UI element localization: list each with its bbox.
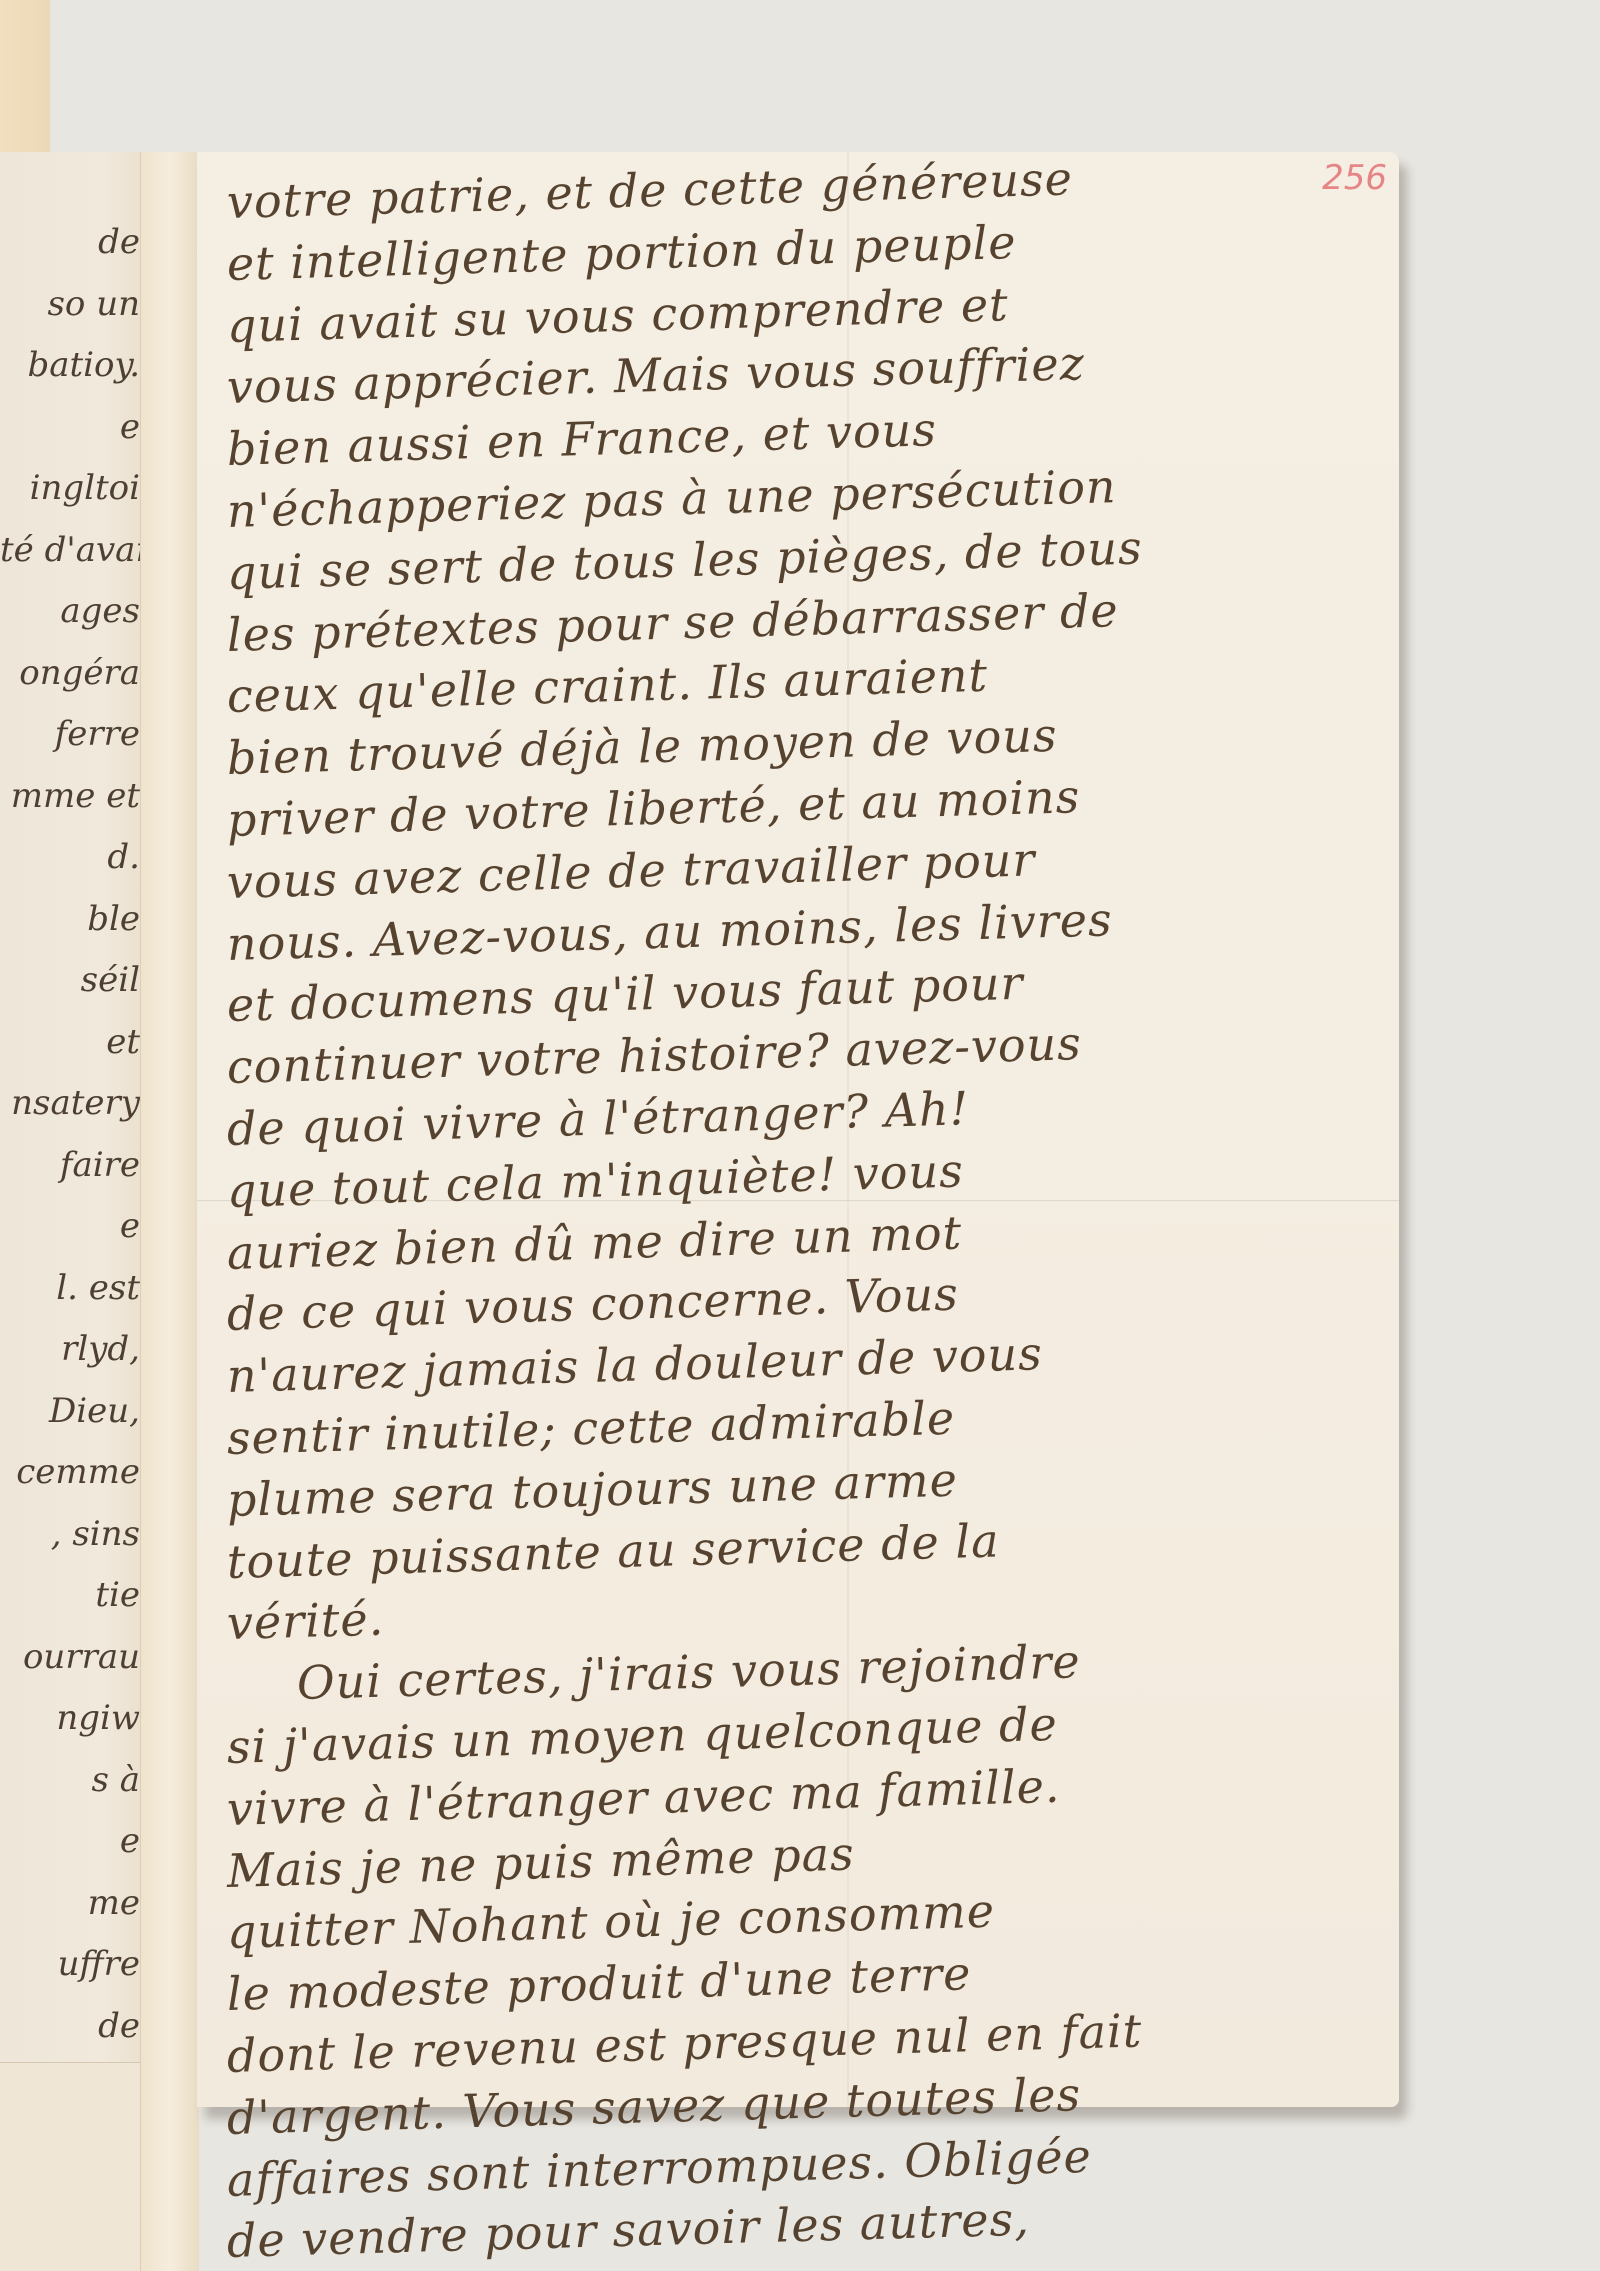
left-fragment: nsatery [0, 1073, 148, 1135]
left-fragment: s à [0, 1750, 148, 1812]
left-fragment: me [0, 1873, 148, 1935]
left-fragment: et [0, 1012, 148, 1074]
left-fragment: ingltoi [0, 458, 148, 520]
left-fragment: ages [0, 581, 148, 643]
left-fragment: e [0, 1811, 148, 1873]
underlying-folder-edge [0, 0, 50, 155]
left-fragment: ngiw [0, 1688, 148, 1750]
left-fragment: mme et [0, 766, 148, 828]
left-page-text: de so un batioy. e ingltoi té d'avance. … [0, 212, 148, 2057]
letter-page: 256 votre patrie, et de cette généreuse … [197, 152, 1399, 2107]
left-fragment: tie [0, 1565, 148, 1627]
left-fragment: , sins [0, 1504, 148, 1566]
left-fragment: cemme [0, 1442, 148, 1504]
letter-body: votre patrie, et de cette généreuse et i… [227, 172, 1369, 2271]
left-fragment: ourrau [0, 1627, 148, 1689]
binding-gutter-edge [140, 152, 199, 2271]
left-fragment: batioy. [0, 335, 148, 397]
left-fragment: faire [0, 1135, 148, 1197]
left-fragment: ferre [0, 704, 148, 766]
left-fragment: ble [0, 889, 148, 951]
left-fragment: de [0, 1996, 148, 2058]
left-fragment: e [0, 397, 148, 459]
left-fragment: d. [0, 827, 148, 889]
left-fragment: de [0, 212, 148, 274]
left-fragment: rlyd, [0, 1319, 148, 1381]
left-fragment: e [0, 1196, 148, 1258]
left-fragment: ongéra [0, 643, 148, 705]
left-fragment: séil [0, 950, 148, 1012]
left-fragment: té d'avance. [0, 520, 148, 582]
left-fragment: so un [0, 274, 148, 336]
left-fragment: Dieu, [0, 1381, 148, 1443]
underlying-sheet-edge [0, 2062, 145, 2271]
left-fragment: uffre [0, 1934, 148, 1996]
left-fragment: l. est [0, 1258, 148, 1320]
left-facing-page: de so un batioy. e ingltoi té d'avance. … [0, 152, 149, 2062]
